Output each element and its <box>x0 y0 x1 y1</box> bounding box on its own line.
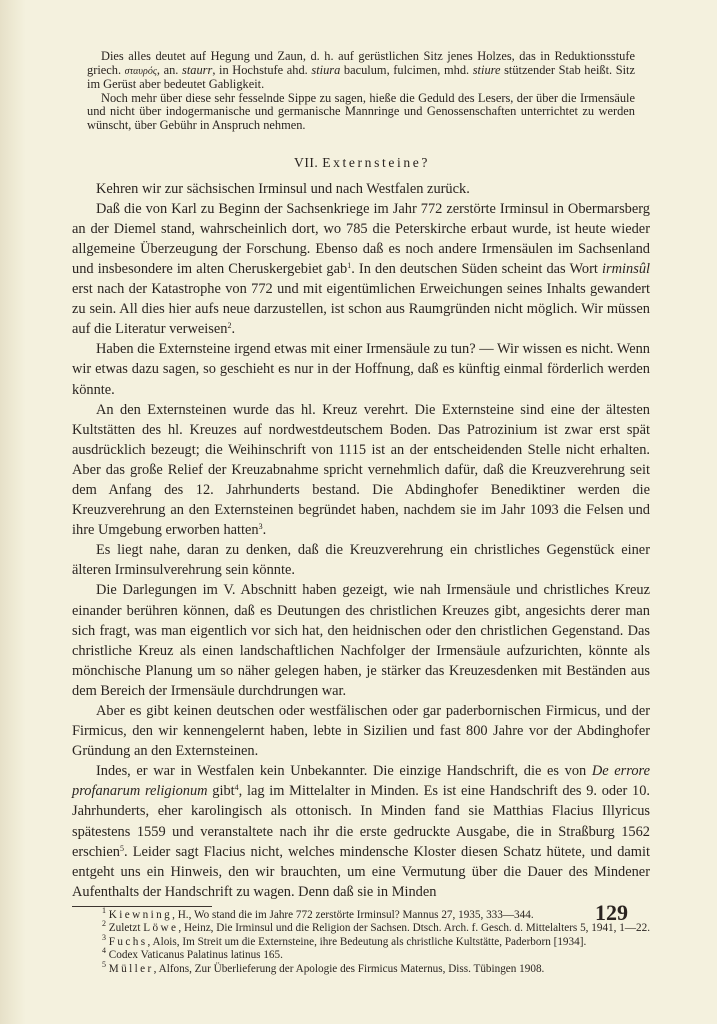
text-run: . Leider sagt Flacius nicht, welches min… <box>72 844 650 900</box>
body-paragraph: Kehren wir zur sächsischen Irminsul und … <box>72 179 650 199</box>
section-punct: ? <box>421 155 428 170</box>
footnote-divider <box>72 906 212 907</box>
footnote-number: 4 <box>102 946 106 955</box>
footnote-number: 5 <box>102 960 106 969</box>
footnotes: 1 Kiewning, H., Wo stand die im Jahre 77… <box>72 909 650 976</box>
footnote: 1 Kiewning, H., Wo stand die im Jahre 77… <box>72 909 650 922</box>
footnote-author: Müller <box>109 963 154 975</box>
text-run: , Heinz, Die Irminsul und die Religion d… <box>178 922 650 934</box>
section-heading: VII. Externsteine? <box>87 155 635 171</box>
intro-text: Dies alles deutet auf Hegung und Zaun, d… <box>87 50 635 133</box>
body-paragraph: Die Darlegungen im V. Abschnitt haben ge… <box>72 580 650 701</box>
footnote-author: Fuchs <box>109 936 148 948</box>
text-run: , in Hochstufe ahd. <box>212 63 311 77</box>
text-run: , Alfons, Zur Überlieferung der Apologie… <box>154 963 545 975</box>
section-number: VII. <box>294 155 318 170</box>
footnote-number: 1 <box>102 906 106 915</box>
text-run: baculum, fulcimen, mhd. <box>340 63 472 77</box>
text-run: gibt <box>208 783 235 799</box>
book-page: Dies alles deutet auf Hegung und Zaun, d… <box>87 50 635 976</box>
text-run: . In den deutschen Süden scheint das Wor… <box>351 261 602 277</box>
body-paragraph: Indes, er war in Westfalen kein Unbekann… <box>72 761 650 902</box>
body-paragraph: Daß die von Karl zu Beginn der Sachsenkr… <box>72 199 650 340</box>
footnote: 4 Codex Vaticanus Palatinus latinus 165. <box>72 949 650 962</box>
text-run: erst nach der Katastrophe von 772 und mi… <box>72 281 650 337</box>
footnote: 5 Müller, Alfons, Zur Überlieferung der … <box>72 963 650 976</box>
text-run: Zuletzt <box>109 922 143 934</box>
footnote-author: Löwe <box>143 922 178 934</box>
italic-word: irminsûl <box>602 261 650 277</box>
text-run: . <box>263 522 267 538</box>
main-text: Kehren wir zur sächsischen Irminsul und … <box>72 179 650 902</box>
footnote: 3 Fuchs, Alois, Im Streit um die Externs… <box>72 936 650 949</box>
footnote: 2 Zuletzt Löwe, Heinz, Die Irminsul und … <box>72 922 650 935</box>
text-run: , Alois, Im Streit um die Externsteine, … <box>148 936 587 948</box>
text-run: , an. <box>157 63 182 77</box>
body-paragraph: Aber es gibt keinen deutschen oder westf… <box>72 701 650 761</box>
greek-word: σταυρός <box>125 66 157 77</box>
body-paragraph: An den Externsteinen wurde das hl. Kreuz… <box>72 400 650 541</box>
text-run: Codex Vaticanus Palatinus latinus 165. <box>109 949 283 961</box>
section-title: Externsteine <box>322 155 421 170</box>
intro-paragraph-1: Dies alles deutet auf Hegung und Zaun, d… <box>87 50 635 92</box>
body-paragraph: Es liegt nahe, daran zu denken, daß die … <box>72 540 650 580</box>
footnote-number: 2 <box>102 919 106 928</box>
page-number: 129 <box>595 900 628 926</box>
body-paragraph: Haben die Externsteine irgend etwas mit … <box>72 339 650 399</box>
intro-paragraph-2: Noch mehr über diese sehr fesselnde Sipp… <box>87 92 635 133</box>
italic-word: stiura <box>311 63 340 77</box>
page-edge-shadow <box>0 0 26 1024</box>
text-run: . <box>231 321 235 337</box>
text-run: , H., Wo stand die im Jahre 772 zerstört… <box>172 909 534 921</box>
footnote-number: 3 <box>102 933 106 942</box>
italic-word: stiure <box>473 63 501 77</box>
footnote-author: Kiewning <box>109 909 172 921</box>
italic-word: staurr <box>182 63 212 77</box>
text-run: An den Externsteinen wurde das hl. Kreuz… <box>72 402 650 539</box>
text-run: Indes, er war in Westfalen kein Unbekann… <box>96 763 592 779</box>
